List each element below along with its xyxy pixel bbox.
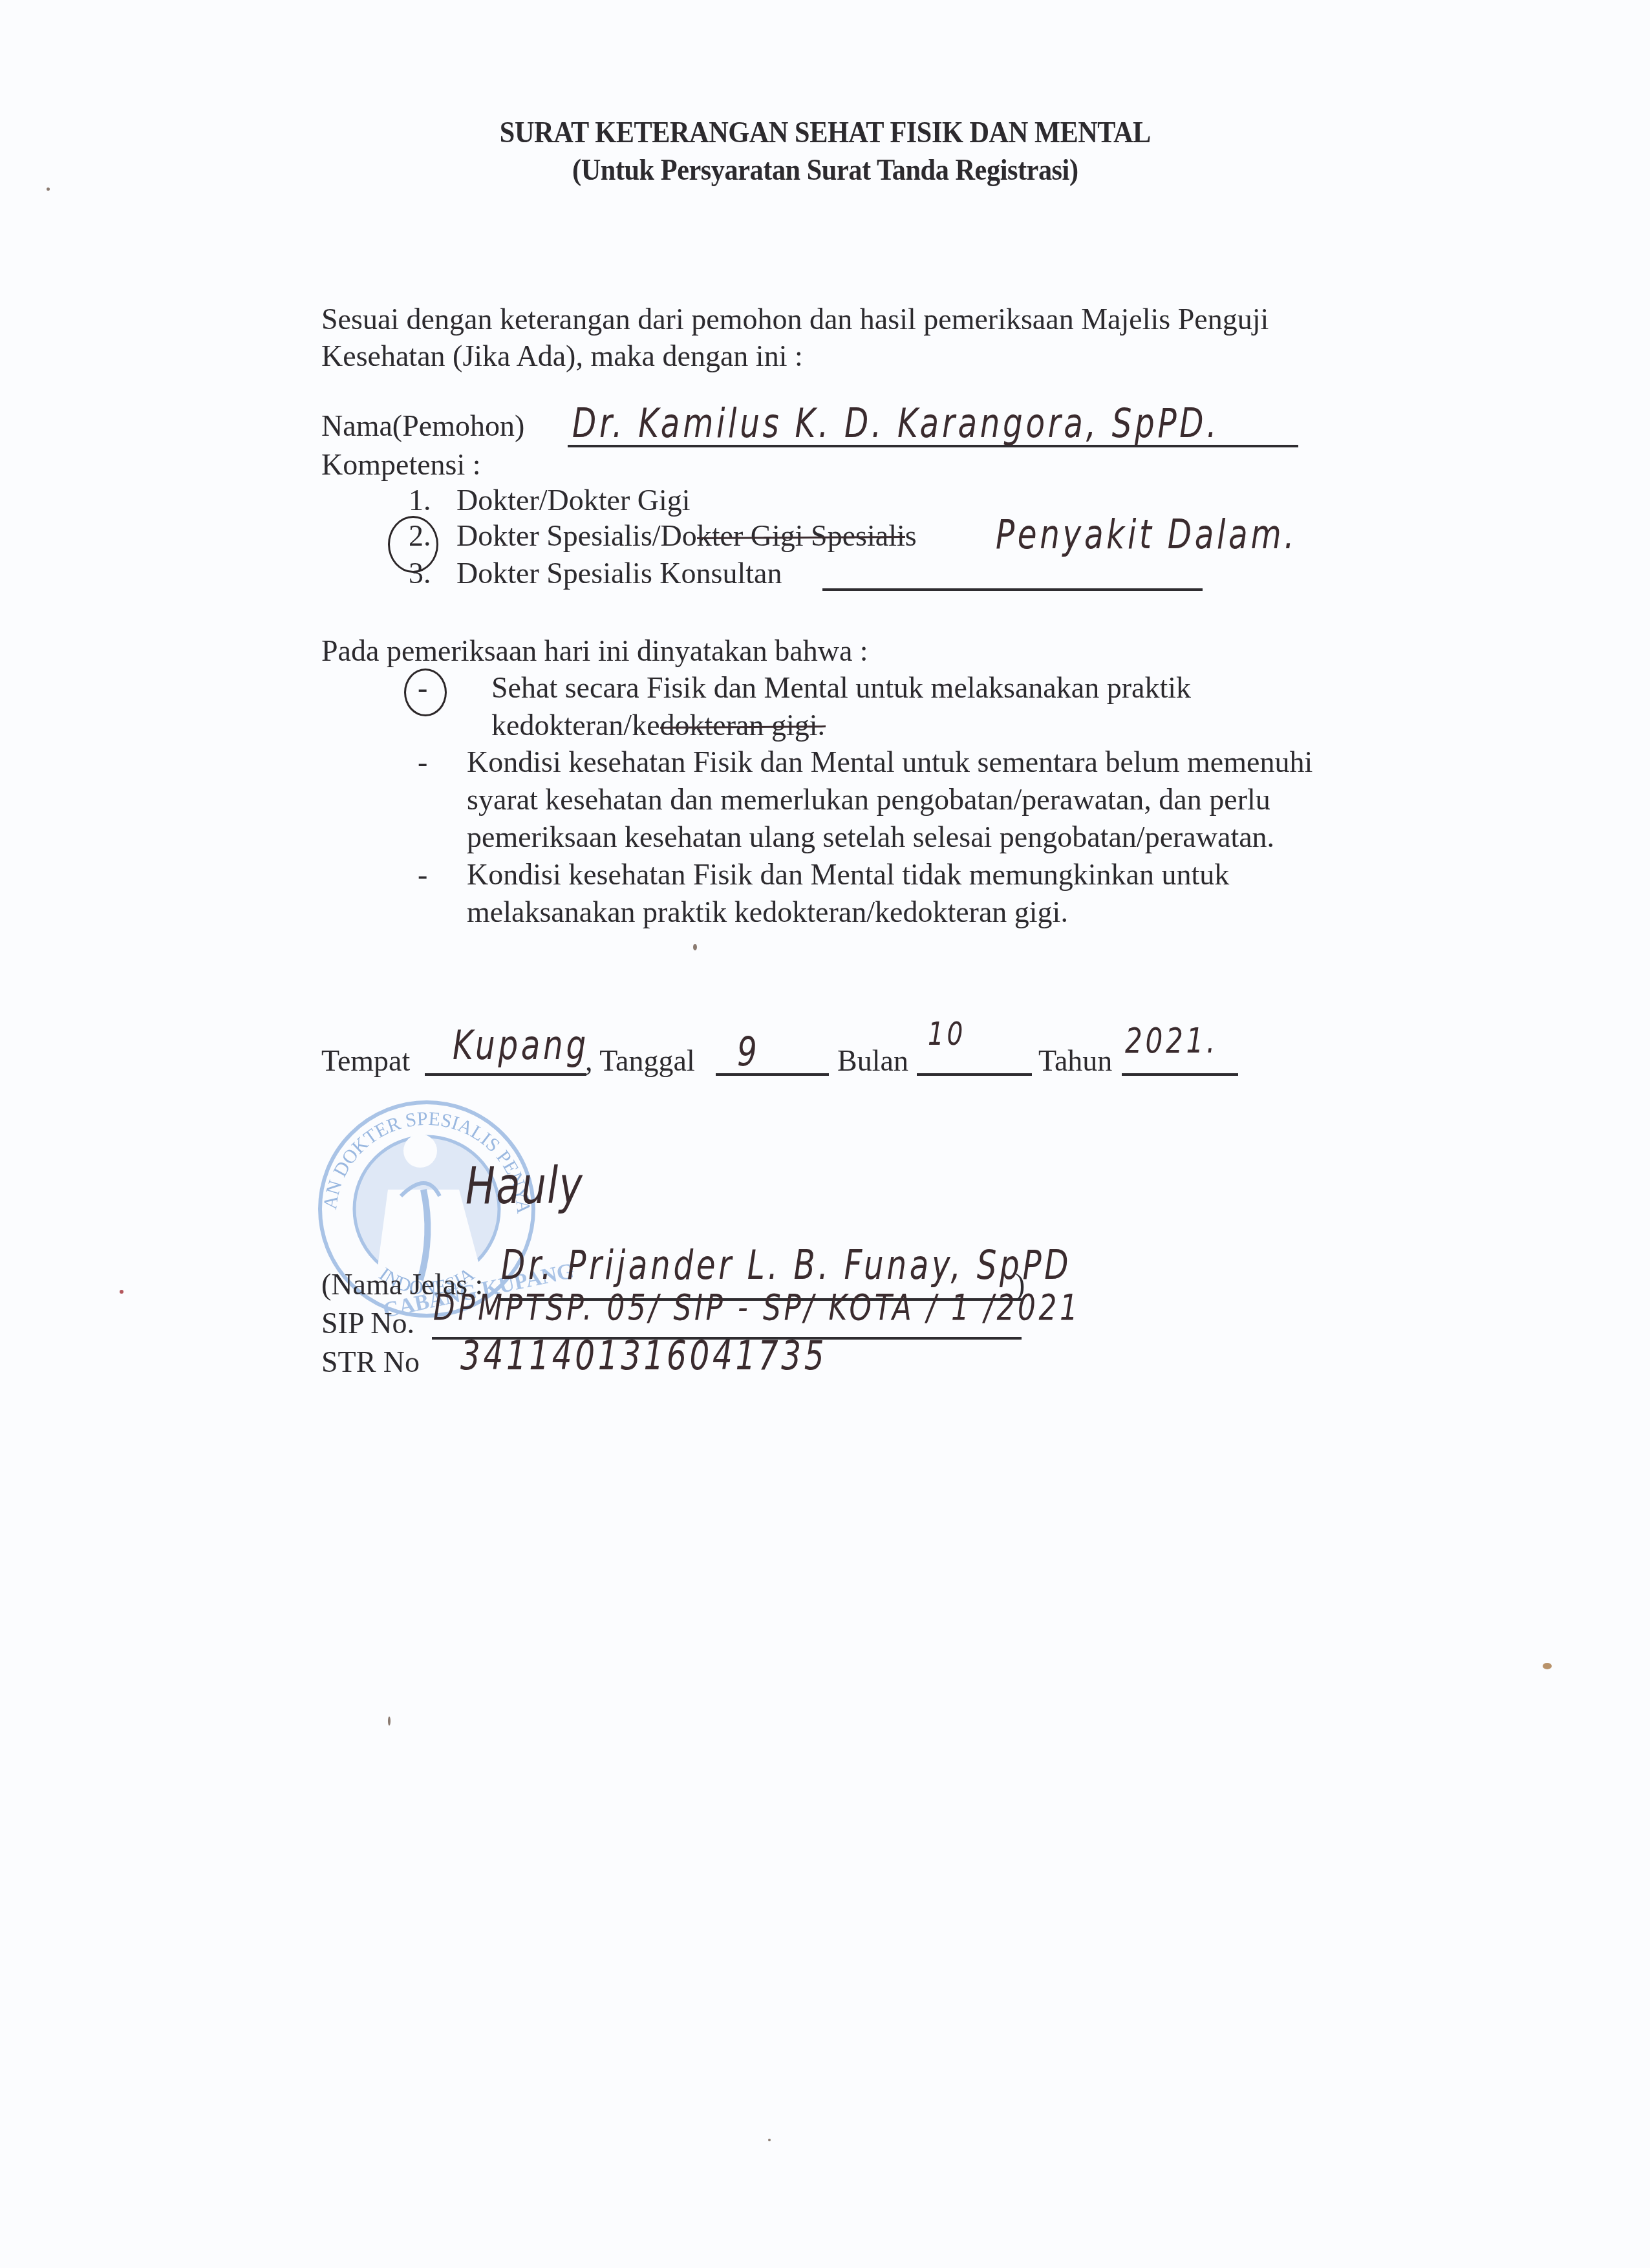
statement-option-3-line-1: Kondisi kesehatan Fisik dan Mental tidak… [467, 856, 1229, 893]
competence-option-2-text-tail: s [905, 519, 917, 552]
competence-label: Kompetensi : [321, 446, 481, 484]
intro-line-1: Sesuai dengan keterangan dari pemohon da… [321, 301, 1269, 338]
month-label: Bulan [837, 1042, 908, 1080]
date-field[interactable]: 9 [737, 1028, 760, 1075]
competence-specialty-field[interactable]: Penyakit Dalam. [996, 511, 1297, 558]
competence-option-1[interactable]: 1. Dokter/Dokter Gigi [409, 482, 691, 519]
competence-option-3-text: Dokter Spesialis Konsultan [456, 557, 782, 590]
str-label: STR No [321, 1343, 420, 1381]
statement-label: Pada pemeriksaan hari ini dinyatakan bah… [321, 632, 868, 670]
applicant-name-field[interactable]: Dr. Kamilus K. D. Karangora, SpPD. [572, 400, 1219, 447]
competence-option-1-text: Dokter/Dokter Gigi [456, 484, 691, 517]
statement-option-2-line-2: syarat kesehatan dan memerlukan pengobat… [467, 781, 1270, 818]
statement-option-1-line-2-struck: dokteran gigi. [660, 709, 826, 742]
competence-option-3-number: 3. [409, 557, 431, 590]
applicant-label: Nama(Pemohon) [321, 407, 524, 445]
sip-field[interactable]: DPMPTSP. 05/ SIP - SP/ KOTA / 1 /2021 [433, 1287, 1080, 1329]
date-label: , Tanggal [585, 1042, 695, 1080]
statement-option-2-line-1: Kondisi kesehatan Fisik dan Mental untuk… [467, 744, 1312, 781]
str-field[interactable]: 3411401316041735 [460, 1332, 827, 1379]
statement-option-3-bullet[interactable]: - [418, 856, 427, 893]
statement-option-1-bullet[interactable]: - [418, 669, 427, 707]
statement-option-2-bullet[interactable]: - [418, 744, 427, 781]
statement-option-2-line-3: pemeriksaan kesehatan ulang setelah sele… [467, 818, 1274, 856]
place-label: Tempat [321, 1042, 410, 1080]
month-underline [917, 1073, 1032, 1076]
signature: Hauly [466, 1157, 583, 1215]
signer-name-field[interactable]: Dr. Prijander L. B. Funay, SpPD [501, 1241, 1071, 1289]
intro-line-2: Kesehatan (Jika Ada), maka dengan ini : [321, 337, 803, 375]
scan-speck [1543, 1663, 1552, 1669]
scan-speck [47, 187, 50, 191]
month-field[interactable]: 10 [928, 1015, 966, 1053]
statement-option-3-line-2: melaksanakan praktik kedokteran/kedokter… [467, 893, 1068, 931]
competence-option-2[interactable]: 2. Dokter Spesialis/Dokter Gigi Spesiali… [409, 517, 917, 555]
competence-option-2-text-struck: kter Gigi Spesiali [697, 519, 905, 552]
competence-option-1-number: 1. [409, 484, 431, 517]
competence-option-2-text-kept: Dokter Spesialis/Do [456, 519, 697, 552]
document-title: SURAT KETERANGAN SEHAT FISIK DAN MENTAL [66, 115, 1584, 149]
year-underline [1122, 1073, 1238, 1076]
competence-option-2-number: 2. [409, 519, 431, 552]
document-subtitle: (Untuk Persyaratan Surat Tanda Registras… [66, 153, 1584, 187]
consultant-underline[interactable] [822, 588, 1203, 591]
statement-option-1-line-2: kedokteran/kedokteran gigi. [491, 707, 825, 744]
place-field[interactable]: Kupang [453, 1022, 589, 1069]
date-underline [716, 1073, 829, 1076]
sip-label: SIP No. [321, 1305, 414, 1342]
statement-option-1-line-1: Sehat secara Fisik dan Mental untuk mela… [491, 669, 1191, 707]
year-label: Tahun [1038, 1042, 1112, 1080]
scan-speck [388, 1717, 391, 1726]
scan-speck [768, 2139, 771, 2141]
statement-option-1-line-2-kept: kedokteran/ke [491, 709, 660, 742]
scan-speck [120, 1290, 123, 1294]
scan-speck [693, 944, 697, 950]
place-underline [425, 1073, 586, 1076]
competence-option-3[interactable]: 3. Dokter Spesialis Konsultan [409, 555, 782, 592]
year-field[interactable]: 2021. [1125, 1020, 1218, 1061]
